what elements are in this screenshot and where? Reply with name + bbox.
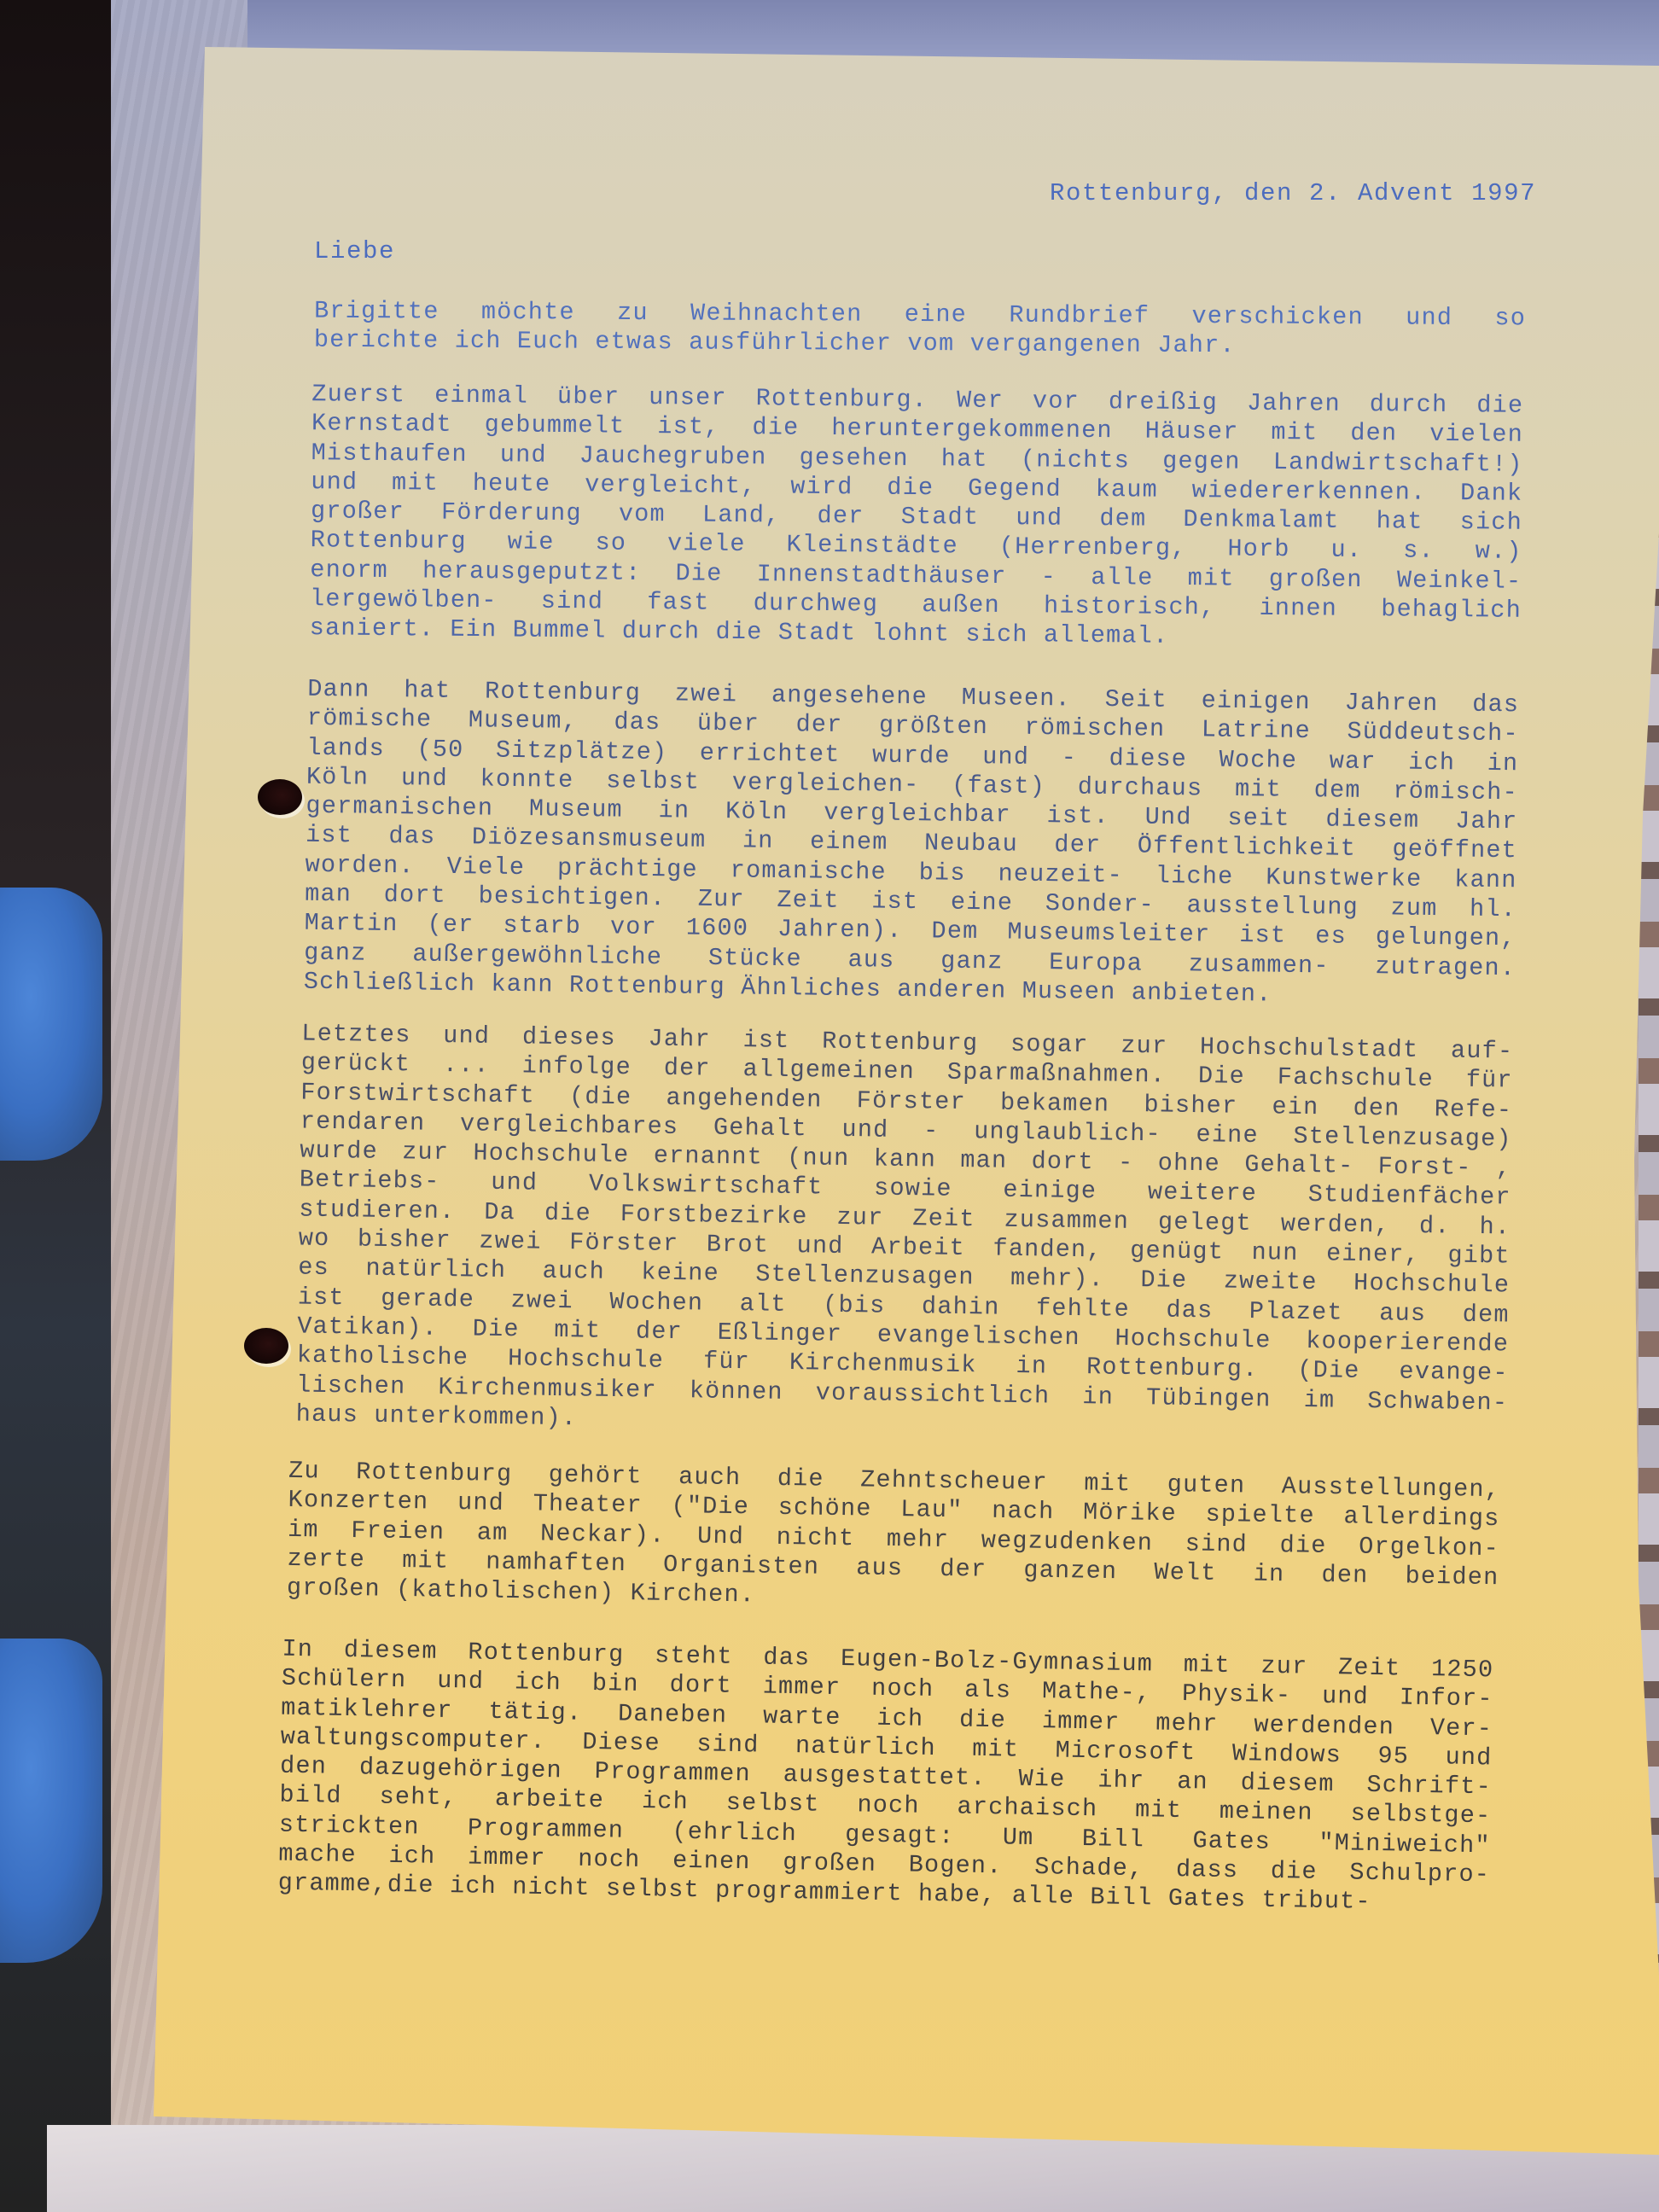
paragraph-christmas-letter-intro: Brigitte möchte zu Weihnachten eine Rund… (314, 297, 1526, 363)
paragraph-museums: Dann hat Rottenburg zwei angesehene Muse… (304, 675, 1520, 1013)
paragraph-culture: Zu Rottenburg gehört auch die Zehntscheu… (287, 1457, 1501, 1622)
paragraph-gymnasium: In diesem Rottenburg steht das Eugen-Bol… (277, 1635, 1493, 1919)
paragraph-universities: Letztes und dieses Jahr ist Rottenburg s… (296, 1019, 1514, 1447)
letter-text: Rottenburg, den 2. Advent 1997 Liebe Bri… (0, 0, 1659, 2212)
letter-dateline: Rottenburg, den 2. Advent 1997 (1050, 179, 1536, 207)
letter-salutation: Liebe (314, 237, 395, 265)
paragraph-rottenburg-town: Zuerst einmal über unser Rottenburg. Wer… (310, 380, 1524, 655)
